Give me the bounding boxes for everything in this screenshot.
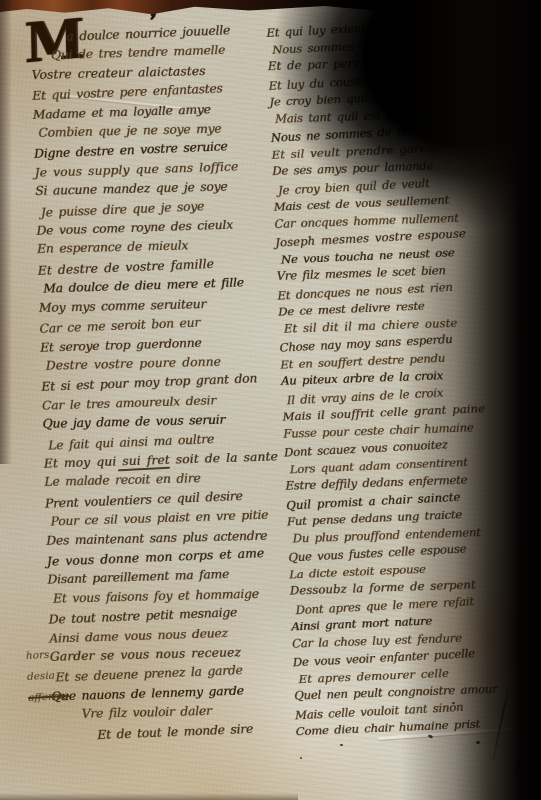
margin-word: hors xyxy=(25,644,67,667)
ink-speck xyxy=(340,744,343,746)
ink-speck xyxy=(452,702,455,704)
margin-annotations: horsdesiaafferme xyxy=(25,644,69,709)
left-text-column: a doulce nourrice jouuelleQui de tres te… xyxy=(30,21,290,746)
ink-speck xyxy=(404,77,407,80)
ink-speck xyxy=(300,757,302,759)
margin-word: desia xyxy=(26,665,68,688)
margin-word: afferme xyxy=(28,686,70,709)
right-text-column: Et qui luy exient lommaigeNous sommes a … xyxy=(266,15,512,741)
manuscript-photo: M ❜ a doulce nourrice jouuelleQui de tre… xyxy=(0,0,541,800)
ink-speck xyxy=(476,741,480,744)
